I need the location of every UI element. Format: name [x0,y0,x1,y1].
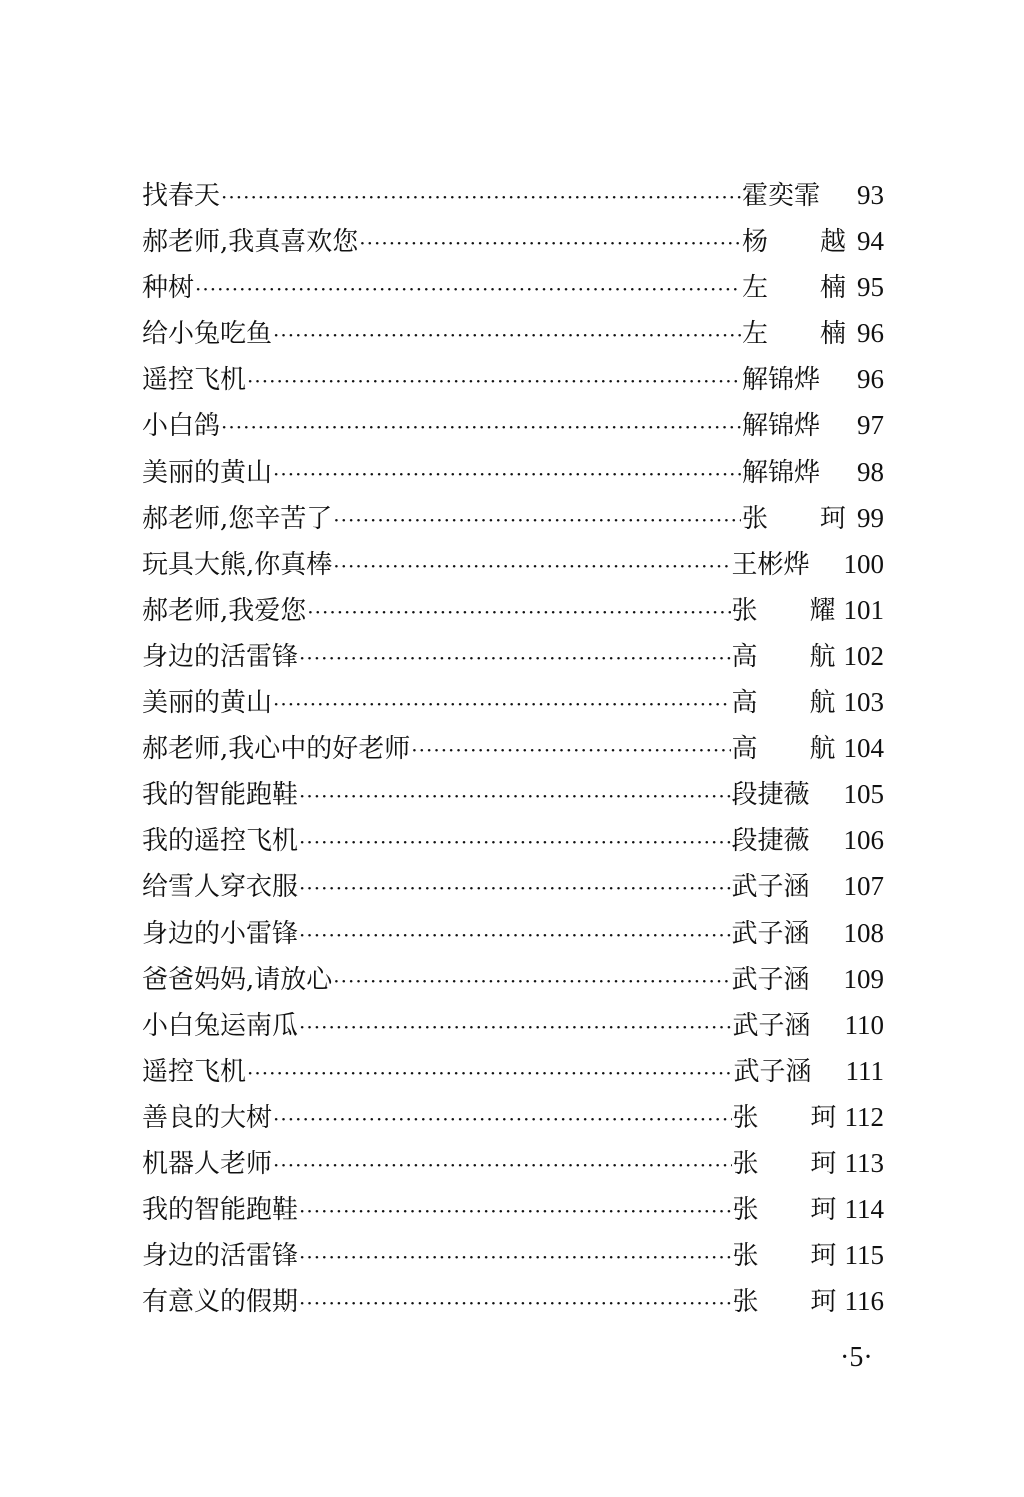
author-name-part: 武子涵 [732,864,810,910]
dot-leader [299,1280,731,1326]
toc-entry-title: 我的遥控飞机 [142,818,298,864]
toc-entry[interactable]: 种树左楠95 [142,264,884,310]
toc-entry-author: 左楠 [742,311,846,357]
author-name-part: 楠 [820,311,846,357]
toc-entry-page: 114 [845,1186,885,1232]
toc-entry-title: 身边的活雷锋 [142,634,298,680]
author-name-part: 耀 [809,588,835,634]
toc-entry-page: 98 [854,449,884,495]
toc-entry-page: 96 [854,356,884,402]
author-name-part: 高 [732,680,758,726]
dot-leader [359,220,741,266]
toc-entry-page: 103 [844,679,885,725]
author-name-part: 张 [742,496,768,542]
toc-entry-title: 有意义的假期 [142,1279,298,1325]
toc-entry-author: 武子涵 [733,1003,837,1049]
toc-entry-title: 玩具大熊,你真棒 [142,542,332,588]
toc-entry[interactable]: 我的遥控飞机段捷薇106 [142,817,884,863]
toc-entry-author: 高航 [732,634,836,680]
toc-entry-title: 机器人老师 [142,1141,272,1187]
toc-entry-author: 张珂 [733,1187,837,1233]
toc-entry[interactable]: 遥控飞机解锦烨96 [142,356,884,402]
dot-leader [273,681,730,727]
toc-entry-title: 小白兔运南瓜 [142,1003,298,1049]
dot-leader [307,589,730,635]
author-name-part: 段捷薇 [732,818,810,864]
toc-entry-page: 107 [844,863,885,909]
dot-leader [273,451,741,497]
toc-entry[interactable]: 我的智能跑鞋段捷薇105 [142,771,884,817]
dot-leader [195,266,741,312]
toc-entry[interactable]: 小白兔运南瓜武子涵110 [142,1002,884,1048]
toc-entry-page: 110 [845,1002,885,1048]
author-name-part: 张 [733,1095,759,1141]
toc-entry-page: 99 [854,495,884,541]
dot-leader [299,819,730,865]
toc-entry[interactable]: 找春天霍奕霏93 [142,172,884,218]
toc-entry-author: 武子涵 [732,864,836,910]
toc-entry-title: 郝老师,我真喜欢您 [142,219,358,265]
page-number-folio: ·5· [840,1342,873,1374]
author-name-part: 航 [809,726,835,772]
toc-entry-page: 104 [844,725,885,771]
toc-entry-title: 找春天 [142,173,220,219]
toc-entry-author: 霍奕霏 [742,173,846,219]
dot-leader [273,312,741,358]
dot-leader [273,1142,731,1188]
dot-leader [299,635,730,681]
author-name-part: 珂 [810,1095,836,1141]
toc-entry[interactable]: 郝老师,我爱您张耀101 [142,587,884,633]
toc-entry-title: 遥控飞机 [142,357,246,403]
toc-entry-page: 116 [845,1278,885,1324]
author-name-part: 越 [820,219,846,265]
toc-entry[interactable]: 我的智能跑鞋张珂114 [142,1186,884,1232]
table-of-contents: 找春天霍奕霏93郝老师,我真喜欢您杨越94种树左楠95给小兔吃鱼左楠96遥控飞机… [142,172,884,1324]
toc-entry-page: 113 [845,1140,885,1186]
toc-entry[interactable]: 玩具大熊,你真棒王彬烨100 [142,541,884,587]
toc-entry[interactable]: 善良的大树张珂112 [142,1094,884,1140]
toc-entry[interactable]: 美丽的黄山解锦烨98 [142,449,884,495]
toc-entry-author: 高航 [732,726,836,772]
toc-entry-page: 101 [844,587,885,633]
author-name-part: 左 [742,265,768,311]
toc-entry-author: 张珂 [742,496,846,542]
author-name-part: 段捷薇 [732,772,810,818]
toc-entry[interactable]: 身边的活雷锋高航102 [142,633,884,679]
dot-leader [299,773,730,819]
toc-entry-author: 解锦烨 [742,357,846,403]
toc-entry-title: 郝老师,我爱您 [142,588,306,634]
toc-entry-author: 张耀 [732,588,836,634]
toc-entry-page: 95 [854,264,884,310]
toc-entry-author: 解锦烨 [742,403,846,449]
toc-entry[interactable]: 有意义的假期张珂116 [142,1278,884,1324]
toc-entry-title: 爸爸妈妈,请放心 [142,957,332,1003]
author-name-part: 左 [742,311,768,357]
author-name-part: 霍奕霏 [742,173,820,219]
toc-entry[interactable]: 郝老师,我真喜欢您杨越94 [142,218,884,264]
author-name-part: 王彬烨 [732,542,810,588]
author-name-part: 张 [733,1279,759,1325]
toc-entry-page: 115 [845,1232,885,1278]
toc-entry-author: 张珂 [733,1141,837,1187]
toc-entry-page: 111 [846,1048,885,1094]
toc-entry[interactable]: 给雪人穿衣服武子涵107 [142,863,884,909]
author-name-part: 张 [733,1141,759,1187]
toc-entry[interactable]: 美丽的黄山高航103 [142,679,884,725]
toc-entry-title: 身边的活雷锋 [142,1233,298,1279]
dot-leader [299,1188,731,1234]
toc-entry-title: 我的智能跑鞋 [142,1187,298,1233]
author-name-part: 珂 [810,1187,836,1233]
toc-entry[interactable]: 郝老师,我心中的好老师高航104 [142,725,884,771]
toc-entry-page: 106 [844,817,885,863]
toc-entry[interactable]: 爸爸妈妈,请放心武子涵109 [142,956,884,1002]
toc-entry[interactable]: 遥控飞机武子涵111 [142,1048,884,1094]
toc-entry-author: 段捷薇 [732,772,836,818]
toc-entry-title: 美丽的黄山 [142,450,272,496]
toc-entry-page: 108 [844,910,885,956]
toc-entry-page: 96 [854,310,884,356]
dot-leader [273,1096,731,1142]
toc-entry-page: 105 [844,771,885,817]
toc-entry-author: 武子涵 [732,957,836,1003]
toc-entry-author: 左楠 [742,265,846,311]
author-name-part: 楠 [820,265,846,311]
author-name-part: 航 [809,680,835,726]
author-name-part: 张 [732,588,758,634]
dot-leader [247,1050,732,1096]
toc-entry-title: 我的智能跑鞋 [142,772,298,818]
author-name-part: 解锦烨 [742,357,820,403]
dot-leader [221,174,741,220]
author-name-part: 解锦烨 [742,403,820,449]
toc-entry-author: 武子涵 [734,1049,838,1095]
toc-entry-title: 美丽的黄山 [142,680,272,726]
toc-entry-title: 郝老师,您辛苦了 [142,496,332,542]
toc-entry[interactable]: 给小兔吃鱼左楠96 [142,310,884,356]
toc-entry-page: 112 [845,1094,885,1140]
dot-leader [221,404,741,450]
dot-leader [411,727,730,773]
toc-entry-author: 武子涵 [732,911,836,957]
toc-entry-title: 种树 [142,265,194,311]
toc-entry-title: 身边的小雷锋 [142,911,298,957]
toc-entry-author: 张珂 [733,1095,837,1141]
author-name-part: 武子涵 [734,1049,812,1095]
dot-leader [299,912,730,958]
author-name-part: 航 [809,634,835,680]
author-name-part: 珂 [810,1141,836,1187]
author-name-part: 珂 [810,1233,836,1279]
toc-entry-author: 张珂 [733,1279,837,1325]
toc-entry-page: 100 [844,541,885,587]
author-name-part: 武子涵 [732,911,810,957]
toc-entry-author: 王彬烨 [732,542,836,588]
toc-entry[interactable]: 身边的活雷锋张珂115 [142,1232,884,1278]
toc-entry[interactable]: 小白鸽解锦烨97 [142,402,884,448]
author-name-part: 张 [733,1187,759,1233]
toc-entry[interactable]: 郝老师,您辛苦了张珂99 [142,495,884,541]
author-name-part: 珂 [810,1279,836,1325]
author-name-part: 张 [733,1233,759,1279]
author-name-part: 武子涵 [733,1003,811,1049]
dot-leader [247,358,741,404]
toc-entry-author: 高航 [732,680,836,726]
author-name-part: 高 [732,726,758,772]
dot-leader [299,1004,731,1050]
toc-entry-page: 93 [854,172,884,218]
toc-entry-title: 郝老师,我心中的好老师 [142,726,410,772]
dot-leader [299,1234,731,1280]
toc-entry-page: 97 [854,402,884,448]
dot-leader [333,958,730,1004]
toc-entry-title: 善良的大树 [142,1095,272,1141]
toc-entry[interactable]: 身边的小雷锋武子涵108 [142,910,884,956]
toc-entry-title: 小白鸽 [142,403,220,449]
toc-entry[interactable]: 机器人老师张珂113 [142,1140,884,1186]
toc-entry-author: 段捷薇 [732,818,836,864]
toc-entry-page: 94 [854,218,884,264]
author-name-part: 高 [732,634,758,680]
author-name-part: 杨 [742,219,768,265]
toc-entry-title: 遥控飞机 [142,1049,246,1095]
toc-entry-author: 解锦烨 [742,450,846,496]
toc-entry-title: 给小兔吃鱼 [142,311,272,357]
toc-entry-author: 杨越 [742,219,846,265]
dot-leader [333,543,730,589]
author-name-part: 珂 [820,496,846,542]
toc-entry-page: 102 [844,633,885,679]
toc-entry-page: 109 [844,956,885,1002]
author-name-part: 武子涵 [732,957,810,1003]
toc-entry-author: 张珂 [733,1233,837,1279]
dot-leader [333,497,741,543]
toc-entry-title: 给雪人穿衣服 [142,864,298,910]
dot-leader [299,865,730,911]
author-name-part: 解锦烨 [742,450,820,496]
